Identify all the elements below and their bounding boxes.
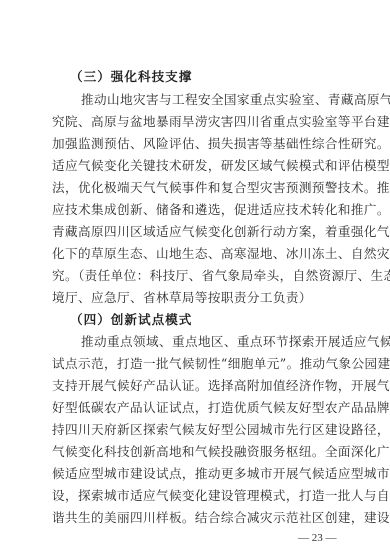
paragraph-line: 适应气候变化关键技术研发，研发区域气候模式和评估模型方 bbox=[52, 155, 342, 176]
paragraph-line: 加强监测预估、风险评估、损失损害等基础性综合性研究。加强 bbox=[52, 133, 342, 154]
paragraph-line: 青藏高原四川区域适应气候变化创新行动方案，着重强化气候变 bbox=[52, 221, 342, 242]
paragraph-line: 究院、高原与盆地暴雨旱涝灾害四川省重点实验室等平台建设。 bbox=[52, 111, 342, 132]
paragraph-line: 好型低碳农产品认证试点，打造优质气候友好型农产品品牌。支 bbox=[52, 397, 342, 418]
paragraph-line: 究。（责任单位：科技厅、省气象局牵头，自然资源厅、生态环 bbox=[52, 265, 342, 286]
paragraph-line: 气候变化科技创新高地和气候投融资服务枢纽。全面深化广元气 bbox=[52, 441, 342, 462]
document-page: （三）强化科技支撑 推动山地灾害与工程安全国家重点实验室、青藏高原气象研 究院、… bbox=[0, 0, 390, 551]
paragraph-line: 候适应型城市建设试点，推动更多城市开展气候适应型城市建 bbox=[52, 463, 342, 484]
section-heading-3: （三）强化科技支撑 bbox=[70, 66, 192, 87]
paragraph-line: 推动山地灾害与工程安全国家重点实验室、青藏高原气象研 bbox=[81, 89, 342, 110]
paragraph-line: 应技术集成创新、储备和遴选，促进适应技术转化和推广。制定 bbox=[52, 199, 342, 220]
paragraph-line: 谐共生的美丽四川样板。结合综合减灾示范社区创建，建设韧性 bbox=[52, 507, 342, 528]
paragraph-line: 支持开展气候好产品认证。选择高附加值经济作物，开展气候友 bbox=[52, 375, 342, 396]
paragraph-line: 推动重点领域、重点地区、重点环节探索开展适应气候变化 bbox=[81, 331, 342, 352]
paragraph-line: 化下的草原生态、山地生态、高寒湿地、冰川冻土、自然灾害研 bbox=[52, 243, 342, 264]
page-number: — 23 — bbox=[298, 530, 337, 546]
paragraph-line: 试点示范，打造一批气候韧性“细胞单元”。推动气象公园建设， bbox=[52, 353, 342, 374]
paragraph-line: 境厅、应急厅、省林草局等按职责分工负责） bbox=[52, 287, 342, 308]
paragraph-line: 设，探索城市适应气候变化建设管理模式，打造一批人与自然和 bbox=[52, 485, 342, 506]
paragraph-line: 持四川天府新区探索气候友好型公园城市先行区建设路径，打造 bbox=[52, 419, 342, 440]
section-heading-4: （四）创新试点模式 bbox=[70, 309, 192, 330]
paragraph-line: 法，优化极端天气气候事件和复合型灾害预测预警技术。推进适 bbox=[52, 177, 342, 198]
